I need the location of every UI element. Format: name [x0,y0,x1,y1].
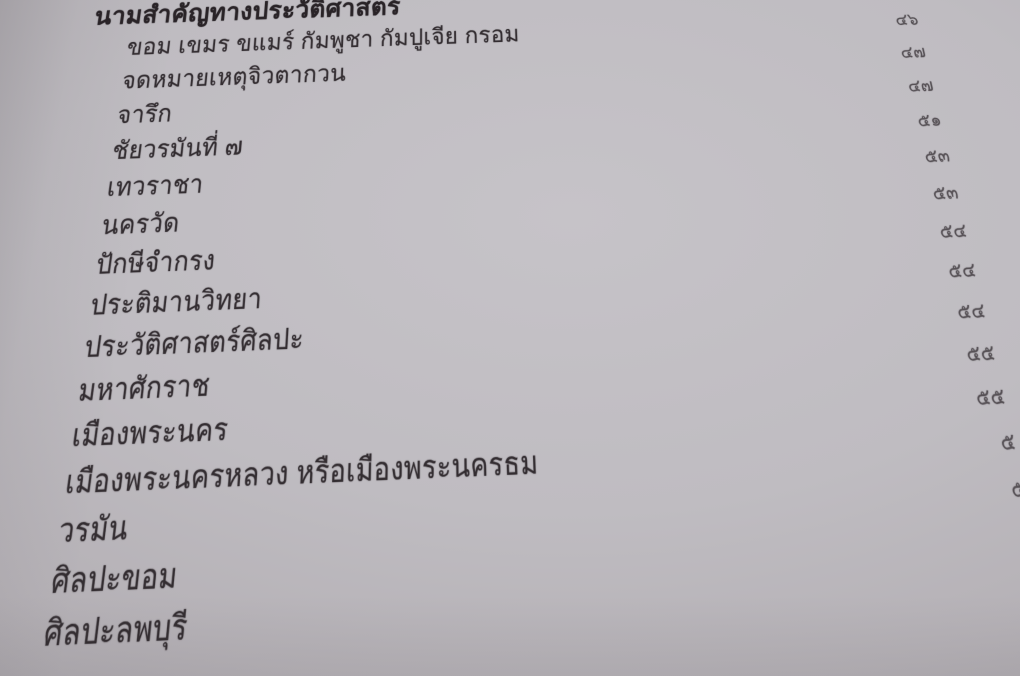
entry-title: ศิลปะลพบุรี [40,597,190,661]
entry-page-number: ๕๓ [909,142,953,172]
entry-page-number: ๔๗ [886,39,929,66]
index-list: นามสำคัญทางประวัติศาสตร์ ๔๖ ขอม เขมร ขแม… [0,0,1020,661]
entry-page-number: ๕๔ [923,216,970,248]
section-header-page-number: ๔๖ [874,0,913,1]
entry-page-number: ๕๑ [902,106,944,135]
entry-title: วรมัน [55,500,131,557]
entry-page-number: ๕๕ [949,336,999,371]
entry-page-number: ๔๗ [893,72,937,100]
entry-page-number: ๕ [982,424,1019,461]
index-entries: ขอม เขมร ขแมร์ กัมพูชา กัมปูเจีย กรอม๔๖จ… [0,3,1020,661]
entry-page-number: ๕๔ [940,295,989,329]
entry-page-number: ๕๔ [932,255,980,288]
entry-page-number: ๕ [992,470,1020,509]
entry-page-number: ๕๓ [916,178,961,209]
entry-page-number: ๔๖ [881,7,921,33]
entry-title: เทวราชา [105,163,206,207]
book-page-photo: นามสำคัญทางประวัติศาสตร์ ๔๖ ขอม เขมร ขแม… [0,0,1020,676]
entry-page-number: ๕๕ [958,379,1009,416]
